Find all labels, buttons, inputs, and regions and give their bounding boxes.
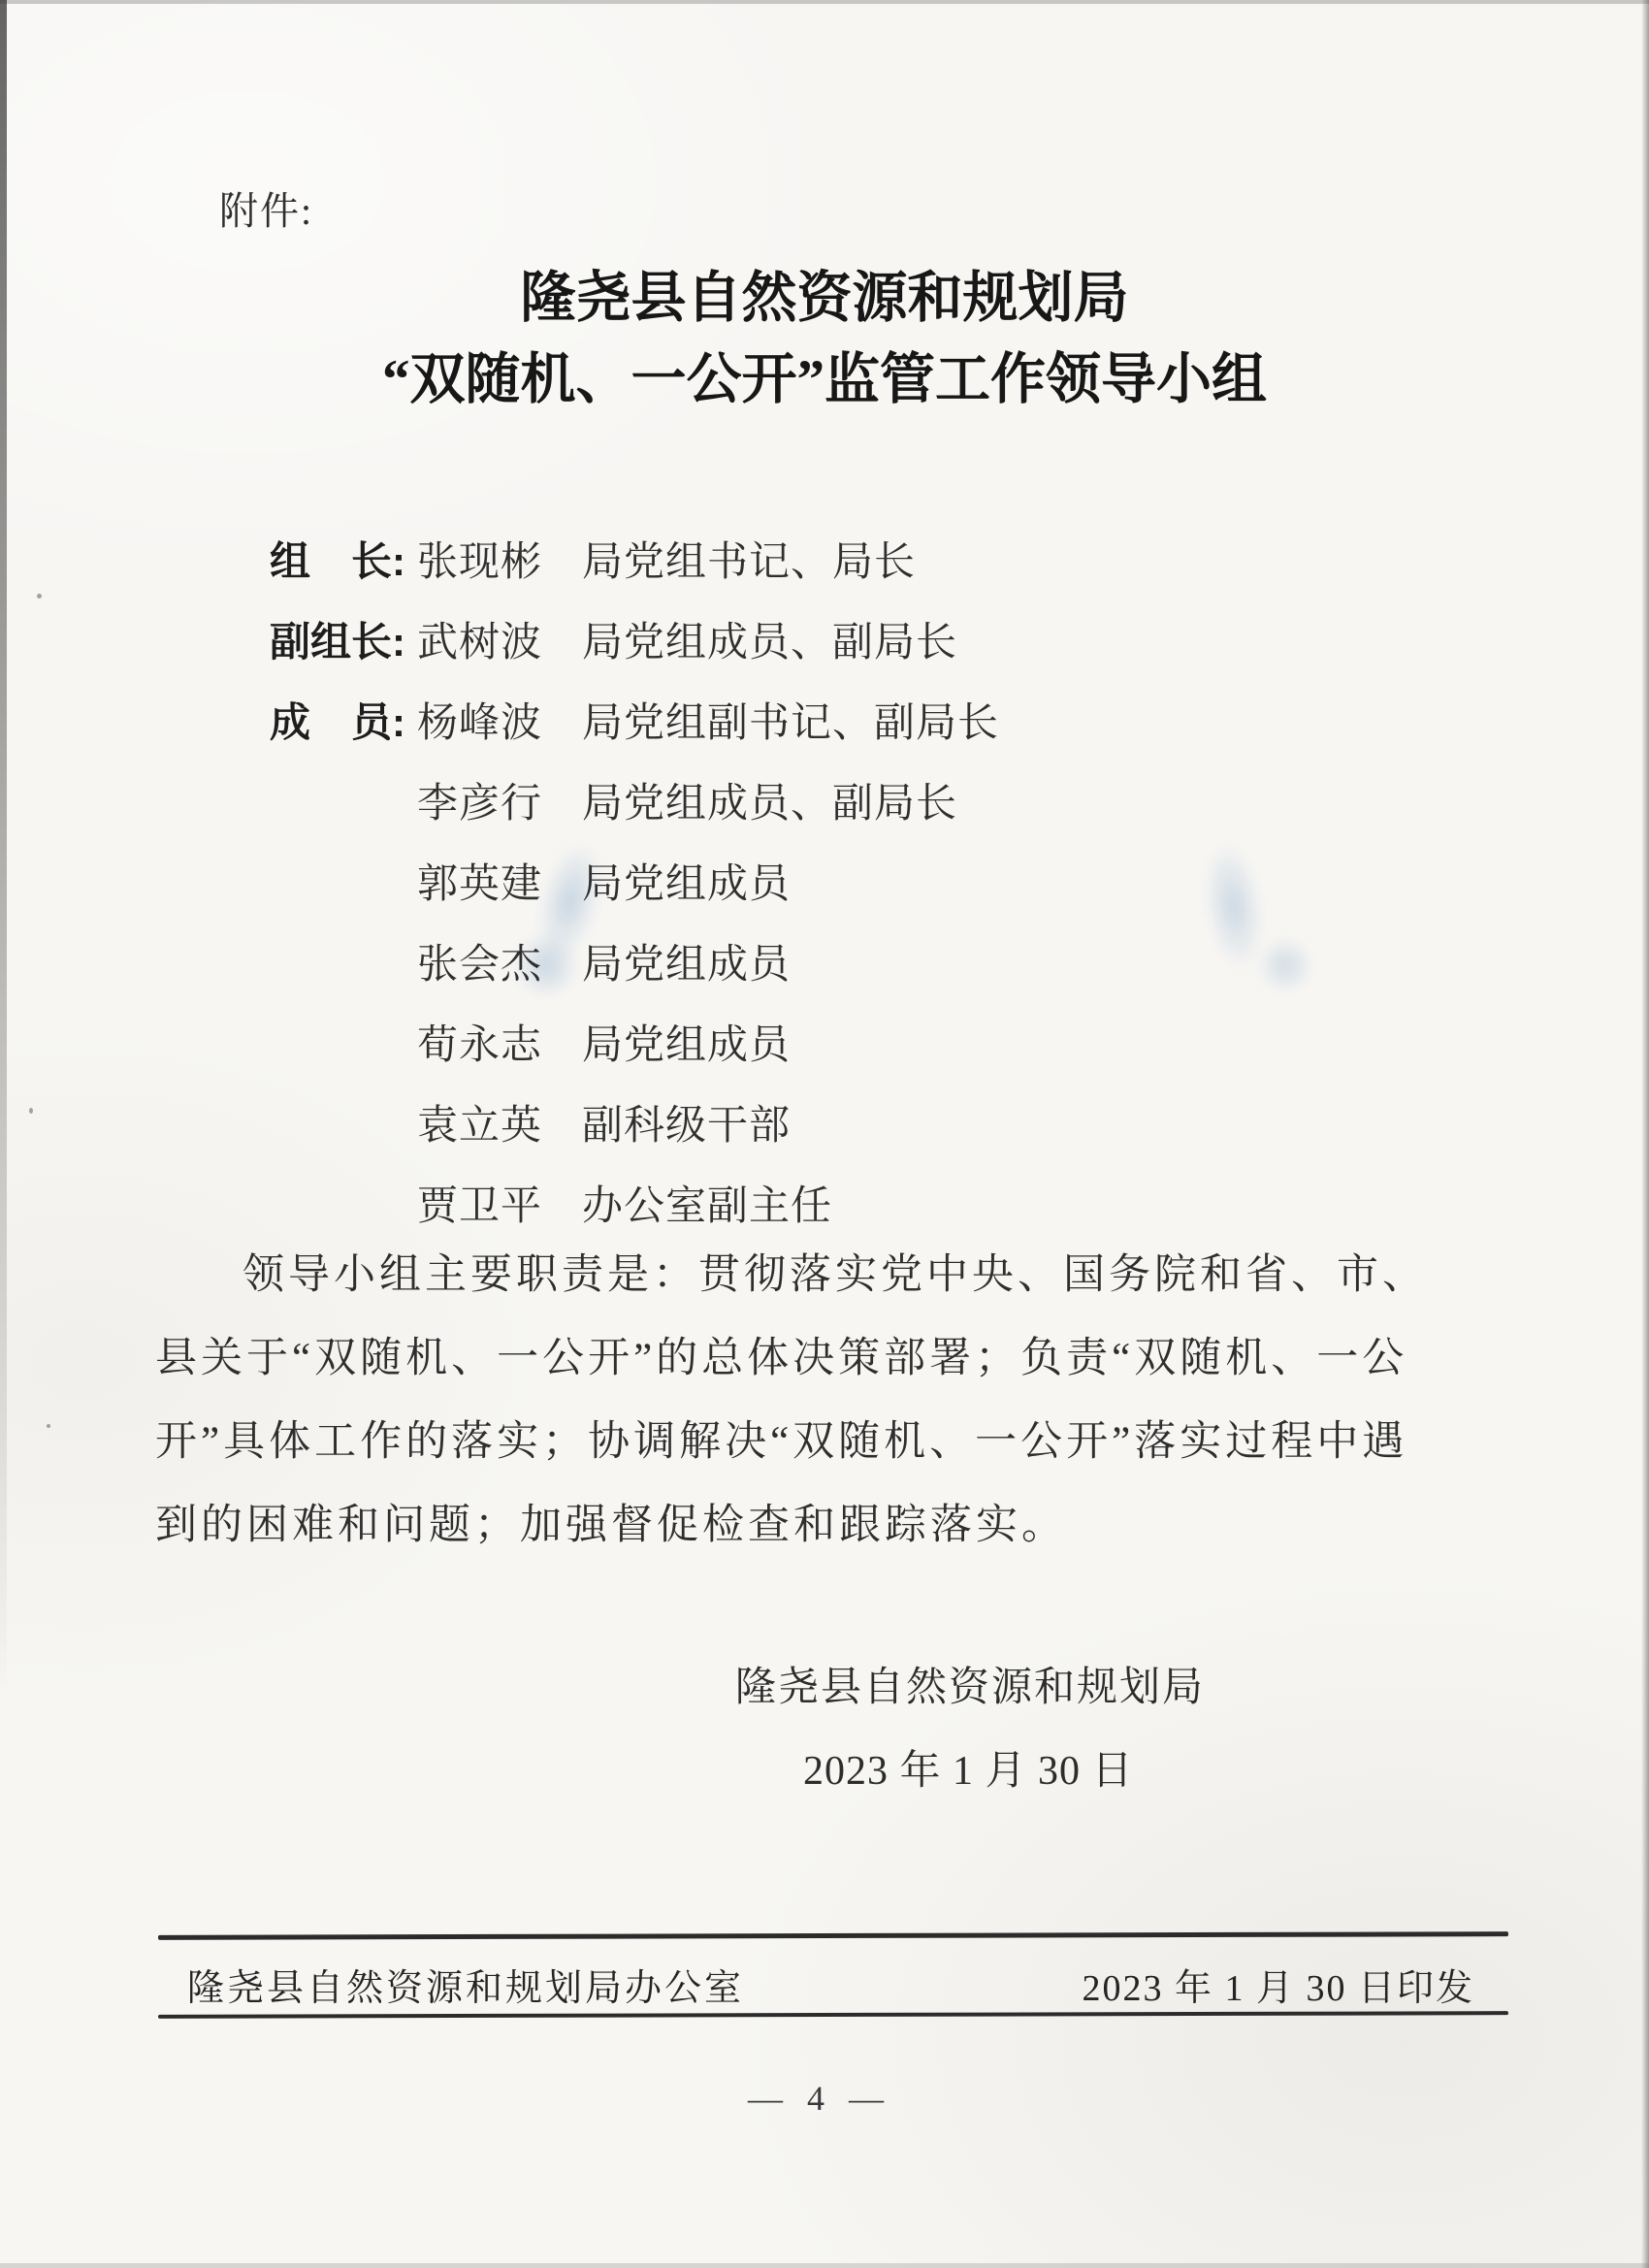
- leadership-roster: 组 长: 张现彬 局党组书记、局长 副组长: 武树波 局党组成员、副局长 成 员…: [270, 518, 1337, 1243]
- responsibilities-paragraph: 领导小组主要职责是：贯彻落实党中央、国务院和省、市、 县关于“双随机、一公开”的…: [155, 1234, 1513, 1568]
- scan-speck: [37, 594, 42, 599]
- scan-speck: [29, 1108, 33, 1114]
- roster-role: 局党组成员、副局长: [582, 610, 1337, 668]
- roster-row: 张会杰 局党组成员: [270, 921, 1337, 1001]
- scan-speck: [47, 1424, 50, 1428]
- roster-name: 武树波: [417, 610, 582, 668]
- roster-role: 局党组成员: [582, 932, 1337, 990]
- roster-row: 组 长: 张现彬 局党组书记、局长: [270, 518, 1337, 599]
- paragraph-line: 到的困难和问题；加强督促检查和跟踪落实。: [155, 1484, 1513, 1568]
- footer-issuing-office: 隆尧县自然资源和规划局办公室: [187, 1958, 744, 2011]
- roster-name: 张现彬: [417, 530, 582, 588]
- scanned-document-page: 附件: 隆尧县自然资源和规划局 “双随机、一公开”监管工作领导小组 组 长: 张…: [0, 0, 1649, 2268]
- roster-role: 局党组副书记、副局长: [582, 691, 1337, 749]
- roster-name: 张会杰: [417, 932, 582, 990]
- document-title-line1: 隆尧县自然资源和规划局: [0, 258, 1649, 340]
- roster-row: 袁立英 副科级干部: [270, 1082, 1337, 1162]
- signature-date: 2023 年 1 月 30 日: [803, 1738, 1134, 1797]
- roster-name: 贾卫平: [417, 1174, 582, 1232]
- roster-role: 局党组成员、副局长: [582, 771, 1337, 829]
- roster-label: 组 长:: [270, 530, 417, 588]
- document-title: 隆尧县自然资源和规划局 “双随机、一公开”监管工作领导小组: [0, 258, 1649, 421]
- roster-role: 局党组书记、局长: [582, 530, 1337, 588]
- scan-edge-top: [0, 0, 1649, 4]
- roster-row: 荀永志 局党组成员: [270, 1001, 1337, 1082]
- roster-row: 成 员: 杨峰波 局党组副书记、副局长: [270, 679, 1337, 760]
- roster-row: 副组长: 武树波 局党组成员、副局长: [270, 599, 1337, 679]
- roster-row: 贾卫平 办公室副主任: [270, 1162, 1337, 1243]
- roster-row: 李彦行 局党组成员、副局长: [270, 760, 1337, 840]
- footer-rule-top: [158, 1931, 1508, 1940]
- paragraph-line: 县关于“双随机、一公开”的总体决策部署；负责“双随机、一公: [155, 1317, 1513, 1401]
- document-title-line2: “双随机、一公开”监管工作领导小组: [0, 340, 1649, 421]
- attachment-label: 附件:: [219, 180, 313, 236]
- roster-name: 郭英建: [417, 852, 582, 910]
- page-number: — 4 —: [0, 2078, 1639, 2119]
- roster-label: 副组长:: [270, 610, 417, 668]
- roster-row: 郭英建 局党组成员: [270, 840, 1337, 921]
- footer-rule-bottom: [158, 2011, 1508, 2019]
- roster-label: 成 员:: [270, 691, 417, 749]
- roster-role: 办公室副主任: [582, 1174, 1337, 1232]
- roster-name: 荀永志: [417, 1013, 582, 1071]
- signature-org: 隆尧县自然资源和规划局: [735, 1655, 1205, 1713]
- scan-edge-left: [0, 0, 7, 1698]
- roster-name: 李彦行: [417, 771, 582, 829]
- roster-role: 局党组成员: [582, 852, 1337, 910]
- paragraph-line: 领导小组主要职责是：贯彻落实党中央、国务院和省、市、: [155, 1234, 1513, 1317]
- roster-role: 副科级干部: [582, 1093, 1337, 1151]
- roster-role: 局党组成员: [582, 1013, 1337, 1071]
- roster-name: 袁立英: [417, 1093, 582, 1151]
- footer-print-date: 2023 年 1 月 30 日印发: [1082, 1958, 1474, 2011]
- roster-name: 杨峰波: [417, 691, 582, 749]
- paragraph-line: 开”具体工作的落实；协调解决“双随机、一公开”落实过程中遇: [155, 1401, 1513, 1484]
- scan-edge-bottom: [0, 2263, 1649, 2268]
